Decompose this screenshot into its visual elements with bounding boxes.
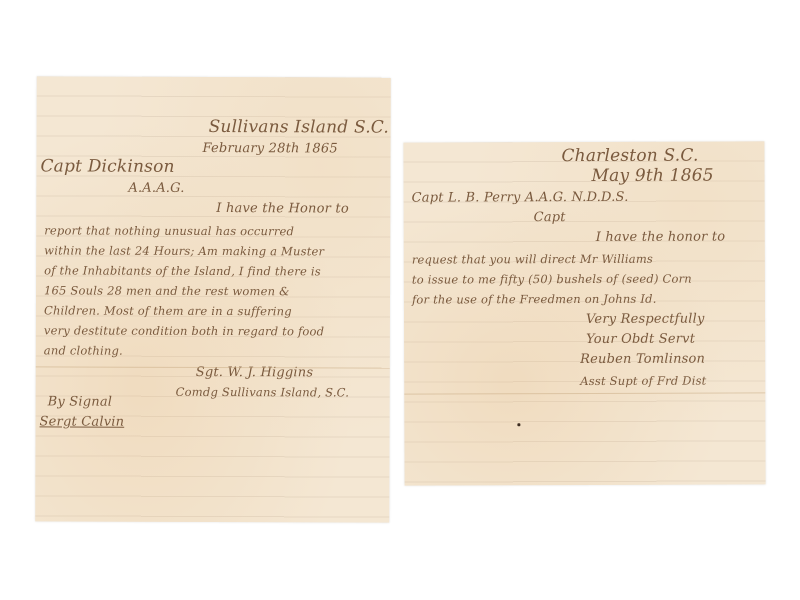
left-by-line: By Signal	[48, 394, 113, 409]
left-body-line-6: very destitute condition both in regard …	[44, 323, 324, 338]
left-body-line-5: Children. Most of them are in a sufferin…	[44, 303, 292, 318]
left-body-line-2: within the last 24 Hours; Am making a Mu…	[44, 243, 324, 258]
right-closing-2: Your Obdt Servt	[586, 332, 695, 347]
left-body-line-7: and clothing.	[44, 343, 123, 357]
right-signature-title: Asst Supt of Frd Dist	[580, 374, 706, 388]
left-addressee: Capt Dickinson	[40, 156, 174, 176]
left-body-line-3: of the Inhabitants of the Island, I find…	[44, 263, 321, 278]
left-body-line-1: report that nothing unusual has occurred	[44, 223, 294, 238]
right-date: May 9th 1865	[591, 166, 713, 186]
ink-spot	[517, 423, 520, 426]
left-by-name: Sergt Calvin	[40, 414, 125, 429]
right-fold-line	[404, 392, 765, 394]
right-opening: I have the honor to	[596, 230, 726, 245]
right-place: Charleston S.C.	[561, 146, 698, 166]
right-salutation: Capt	[534, 210, 566, 225]
left-signature-title: Comdg Sullivans Island, S.C.	[176, 385, 350, 400]
left-place: Sullivans Island S.C.	[209, 117, 389, 138]
right-body-line-1: request that you will direct Mr Williams	[412, 252, 653, 267]
right-body-line-3: for the use of the Freedmen on Johns Id.	[412, 292, 657, 307]
left-addressee-title: A.A.A.G.	[128, 181, 184, 196]
right-letter-page: Charleston S.C. May 9th 1865 Capt L. B. …	[403, 141, 765, 485]
left-letter-page: Sullivans Island S.C. February 28th 1865…	[35, 76, 391, 522]
right-addressee: Capt L. B. Perry A.A.G. N.D.D.S.	[412, 190, 629, 206]
left-body-line-4: 165 Souls 28 men and the rest women &	[44, 283, 290, 298]
left-date: February 28th 1865	[203, 141, 338, 156]
right-signature: Reuben Tomlinson	[580, 352, 705, 367]
right-closing: Very Respectfully	[586, 312, 705, 327]
right-body-line-2: to issue to me fifty (50) bushels of (se…	[412, 272, 692, 287]
left-opening: I have the Honor to	[216, 201, 349, 216]
